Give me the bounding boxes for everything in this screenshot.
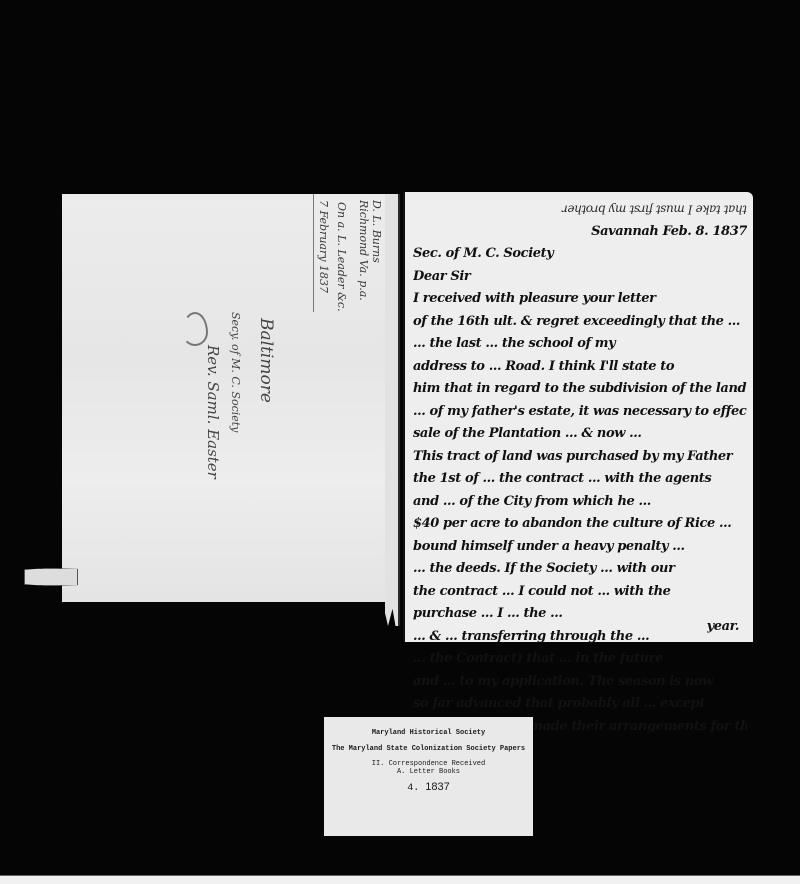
- letter-page: that take I must first my brother Savann…: [403, 192, 753, 642]
- card-series: II. Correspondence Received: [324, 760, 533, 768]
- letter-line: $40 per acre to abandon the culture of R…: [413, 513, 747, 536]
- letter-line: the contract ... I could not ... with th…: [413, 581, 747, 604]
- catalog-card: Maryland Historical Society The Maryland…: [324, 717, 533, 836]
- letter-line: him that in regard to the subdivision of…: [413, 378, 747, 401]
- address-line-3: Baltimore: [256, 318, 276, 403]
- letter-closing: year.: [707, 616, 739, 639]
- bleed-through-line: that take I must first my brother: [413, 198, 747, 221]
- microfilm-scan: D. L. Burns Richmond Va. p.a. On a. L. L…: [0, 0, 800, 884]
- letter-dateline: Savannah Feb. 8. 1837: [413, 221, 747, 244]
- letter-line: ... the last ... the school of my: [413, 333, 747, 356]
- letter-line: ... the Contract) that ... in the future: [413, 648, 747, 671]
- letter-line: address to ... Road. I think I'll state …: [413, 356, 747, 379]
- card-subseries: A. Letter Books: [324, 768, 533, 776]
- letter-line: bound himself under a heavy penalty ...: [413, 536, 747, 559]
- letter-line: I received with pleasure your letter: [413, 288, 747, 311]
- letter-line: sale of the Plantation ... & now ...: [413, 423, 747, 446]
- letter-line: ... the deeds. If the Society ... with o…: [413, 558, 747, 581]
- docket-line-1: D. L. Burns: [370, 200, 383, 263]
- docket-line-4: 7 February 1837: [317, 200, 330, 293]
- letter-line: ... of my father's estate, it was necess…: [413, 401, 747, 424]
- letter-line: and ... to my application. The season is…: [413, 671, 747, 694]
- film-edge-strip: [0, 875, 800, 884]
- docket-line-2: Richmond Va. p.a.: [357, 200, 370, 301]
- letter-line: purchase ... I ... the ...: [413, 603, 747, 626]
- card-volume-number: 4.: [407, 783, 419, 794]
- letter-line: ... & ... transferring through the ...: [413, 626, 747, 649]
- docket-annotation: D. L. Burns Richmond Va. p.a. On a. L. L…: [308, 200, 388, 320]
- address-line-1: Rev. Saml. Easter: [204, 345, 222, 479]
- letter-addressee: Sec. of M. C. Society: [413, 243, 747, 266]
- card-volume-year: 1837: [425, 781, 449, 793]
- torn-paper-tab: [24, 568, 78, 586]
- letter-line: and ... of the City from which he ...: [413, 491, 747, 514]
- card-institution: Maryland Historical Society: [324, 729, 533, 737]
- letter-line: of the 16th ult. & regret exceedingly th…: [413, 311, 747, 334]
- card-volume: 4. 1837: [324, 781, 533, 794]
- docket-line-3: On a. L. Leader &c.: [335, 202, 348, 312]
- letter-body: that take I must first my brother Savann…: [413, 198, 747, 738]
- letter-salutation: Dear Sir: [413, 266, 747, 289]
- address-line-2: Secy. of M. C. Society: [229, 312, 242, 432]
- letter-line: This tract of land was purchased by my F…: [413, 446, 747, 469]
- seal-mark-icon: [182, 312, 208, 346]
- card-collection: The Maryland State Colonization Society …: [324, 745, 533, 753]
- letter-line: so far advanced that probably all ... ex…: [413, 693, 747, 716]
- letter-line: the 1st of ... the contract ... with the…: [413, 468, 747, 491]
